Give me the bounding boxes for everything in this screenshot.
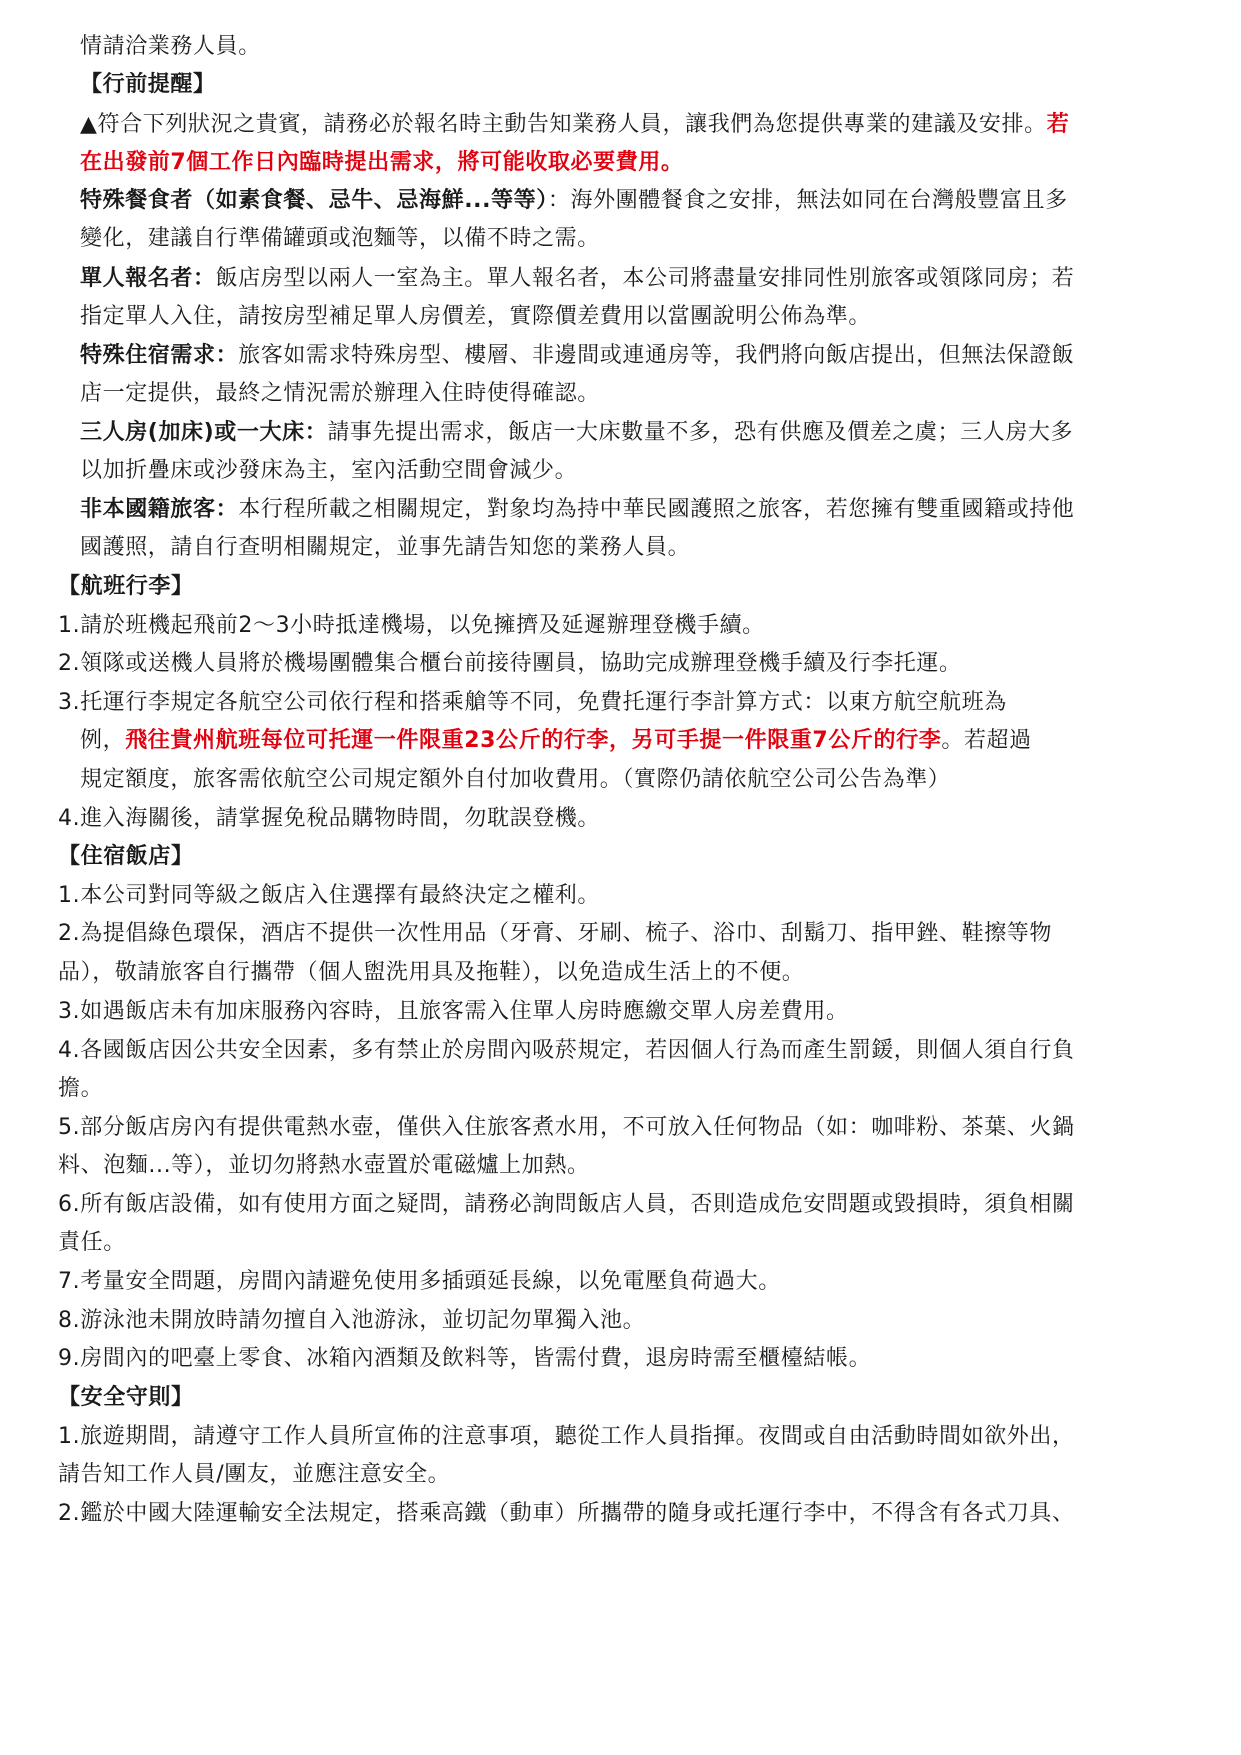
flight-item-4: 4.進入海關後，請掌握免稅品購物時間，勿耽誤登機。	[58, 804, 600, 834]
safety-line: 1.旅遊期間，請遵守工作人員所宣佈的注意事項，聽從工作人員指揮。夜間或自由活動時…	[58, 1422, 1075, 1452]
special-accommodation-line1: 特殊住宿需求：旅客如需求特殊房型、樓層、非邊間或連通房等，我們將向飯店提出，但無…	[80, 341, 1074, 371]
hotel-line: 料、泡麵...等），並切勿將熱水壺置於電磁爐上加熱。	[58, 1151, 590, 1181]
special-accommodation-line2: 店一定提供，最終之情況需於辦理入住時使得確認。	[80, 379, 600, 409]
triple-room-text: 請事先提出需求，飯店一大床數量不多，恐有供應及價差之虞；三人房大多	[327, 420, 1073, 445]
hotel-line: 2.為提倡綠色環保，酒店不提供一次性用品（牙膏、牙刷、梳子、浴巾、刮鬍刀、指甲銼…	[58, 919, 1052, 949]
flight-item-3-prefix: 例，	[80, 728, 125, 753]
triple-room-line2: 以加折疊床或沙發床為主，室內活動空間會減少。	[80, 456, 577, 486]
triple-room-label: 三人房(加床)或一大床：	[80, 420, 327, 445]
notice-warning-start: 若	[1047, 112, 1070, 137]
hotel-line: 4.各國飯店因公共安全因素，多有禁止於房間內吸菸規定，若因個人行為而產生罰鍰，則…	[58, 1036, 1075, 1066]
pre-trip-notice-warning: 在出發前7個工作日內臨時提出需求，將可能收取必要費用。	[80, 148, 684, 178]
section-heading-safety: 【安全守則】	[58, 1383, 194, 1413]
flight-item-3-line1: 3.托運行李規定各航空公司依行程和搭乘艙等不同，免費托運行李計算方式：以東方航空…	[58, 688, 1007, 718]
document-page: 情請洽業務人員。 【行前提醒】 ▲符合下列狀況之貴賓，請務必於報名時主動告知業務…	[0, 0, 1241, 1755]
special-accommodation-label: 特殊住宿需求：	[80, 343, 238, 368]
flight-item-2: 2.領隊或送機人員將於機場團體集合櫃台前接待團員，協助完成辦理登機手續及行李托運…	[58, 649, 962, 679]
flight-item-3-suffix: 。若超過	[941, 728, 1031, 753]
single-registrant-text: 飯店房型以兩人一室為主。單人報名者，本公司將盡量安排同性別旅客或領隊同房；若	[216, 266, 1075, 291]
special-meal-label: 特殊餐食者（如素食餐、忌牛、忌海鮮...等等）	[80, 188, 548, 213]
hotel-line: 責任。	[58, 1228, 126, 1258]
safety-line: 2.鑑於中國大陸運輸安全法規定，搭乘高鐵（動車）所攜帶的隨身或托運行李中，不得含…	[58, 1499, 1075, 1529]
notice-text: ▲符合下列狀況之貴賓，請務必於報名時主動告知業務人員，讓我們為您提供專業的建議及…	[80, 112, 1047, 137]
hotel-line: 品），敬請旅客自行攜帶（個人盥洗用具及拖鞋），以免造成生活上的不便。	[58, 958, 804, 988]
special-accommodation-text: 旅客如需求特殊房型、樓層、非邊間或連通房等，我們將向飯店提出，但無法保證飯	[238, 343, 1074, 368]
section-heading-hotel: 【住宿飯店】	[58, 842, 194, 872]
hotel-line: 8.游泳池未開放時請勿擅自入池游泳，並切記勿單獨入池。	[58, 1306, 645, 1336]
flight-item-3-line2: 例，飛往貴州航班每位可托運一件限重23公斤的行李，另可手提一件限重7公斤的行李。…	[80, 726, 1032, 756]
flight-item-3-line3: 規定額度，旅客需依航空公司規定額外自付加收費用。（實際仍請依航空公司公告為準）	[80, 765, 950, 795]
hotel-line: 3.如遇飯店未有加床服務內容時，且旅客需入住單人房時應繳交單人房差費用。	[58, 997, 849, 1027]
foreign-traveler-label: 非本國籍旅客：	[80, 497, 238, 522]
special-meal-line2: 變化，建議自行準備罐頭或泡麵等，以備不時之需。	[80, 224, 600, 254]
hotel-line: 9.房間內的吧臺上零食、冰箱內酒類及飲料等，皆需付費，退房時需至櫃檯結帳。	[58, 1344, 871, 1374]
safety-line: 請告知工作人員/團友，並應注意安全。	[58, 1460, 450, 1490]
hotel-line: 5.部分飯店房內有提供電熱水壺，僅供入住旅客煮水用，不可放入任何物品（如：咖啡粉…	[58, 1113, 1075, 1143]
hotel-line: 7.考量安全問題，房間內請避免使用多插頭延長線，以免電壓負荷過大。	[58, 1267, 781, 1297]
foreign-traveler-line2: 國護照，請自行查明相關規定，並事先請告知您的業務人員。	[80, 533, 690, 563]
special-meal-text: ：海外團體餐食之安排，無法如同在台灣般豐富且多	[548, 188, 1068, 213]
flight-item-1: 1.請於班機起飛前2～3小時抵達機場，以免擁擠及延遲辦理登機手續。	[58, 611, 765, 641]
pre-trip-notice-line1: ▲符合下列狀況之貴賓，請務必於報名時主動告知業務人員，讓我們為您提供專業的建議及…	[80, 110, 1069, 140]
single-registrant-line2: 指定單人入住，請按房型補足單人房價差，實際價差費用以當團說明公佈為準。	[80, 302, 871, 332]
triple-room-line1: 三人房(加床)或一大床：請事先提出需求，飯店一大床數量不多，恐有供應及價差之虞；…	[80, 418, 1073, 448]
foreign-traveler-line1: 非本國籍旅客：本行程所載之相關規定，對象均為持中華民國護照之旅客，若您擁有雙重國…	[80, 495, 1074, 525]
single-registrant-label: 單人報名者：	[80, 266, 216, 291]
hotel-line: 擔。	[58, 1074, 103, 1104]
section-heading-flight-luggage: 【航班行李】	[58, 572, 194, 602]
section-heading-pre-trip: 【行前提醒】	[80, 70, 216, 100]
luggage-allowance-highlight: 飛往貴州航班每位可托運一件限重23公斤的行李，另可手提一件限重7公斤的行李	[125, 728, 941, 753]
single-registrant-line1: 單人報名者：飯店房型以兩人一室為主。單人報名者，本公司將盡量安排同性別旅客或領隊…	[80, 264, 1074, 294]
special-meal-line1: 特殊餐食者（如素食餐、忌牛、忌海鮮...等等）：海外團體餐食之安排，無法如同在台…	[80, 186, 1068, 216]
foreign-traveler-text: 本行程所載之相關規定，對象均為持中華民國護照之旅客，若您擁有雙重國籍或持他	[238, 497, 1074, 522]
intro-tail: 情請洽業務人員。	[80, 32, 261, 62]
hotel-line: 6.所有飯店設備，如有使用方面之疑問，請務必詢問飯店人員，否則造成危安問題或毀損…	[58, 1190, 1075, 1220]
hotel-line: 1.本公司對同等級之飯店入住選擇有最終決定之權利。	[58, 881, 600, 911]
